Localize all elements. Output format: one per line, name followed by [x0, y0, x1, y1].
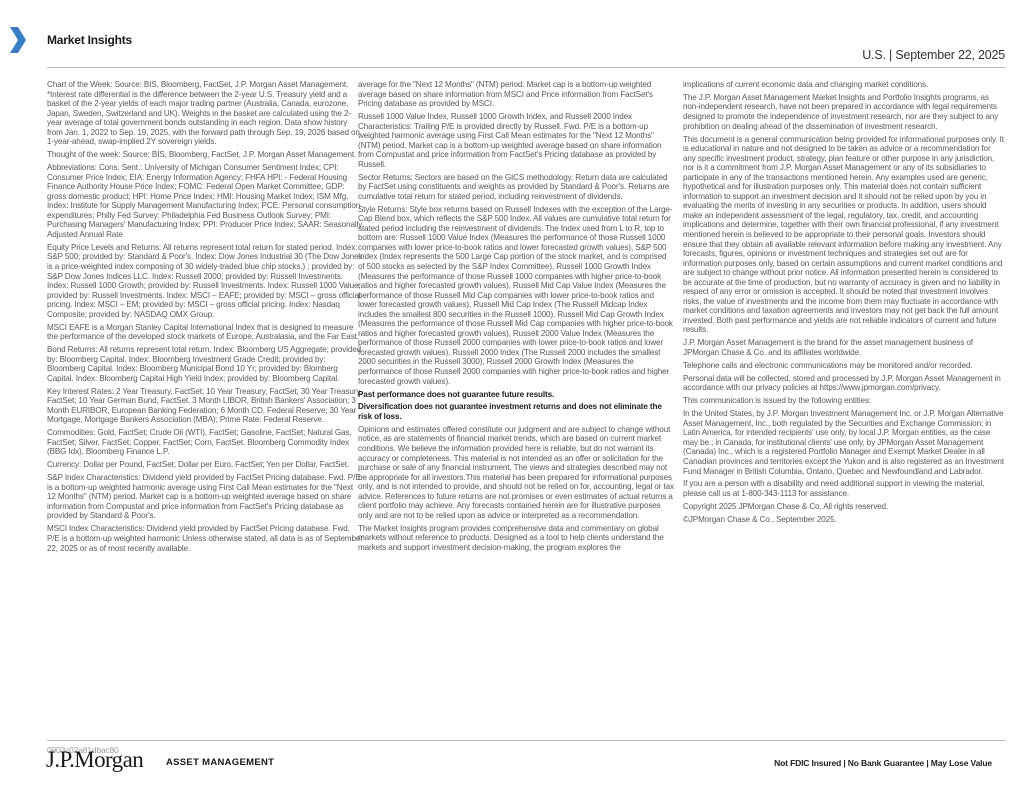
- header-divider: [47, 67, 1005, 68]
- paragraph-general-communication: This document is a general communication…: [683, 135, 1005, 335]
- chevron-right-icon: [8, 27, 26, 53]
- paragraph-copyright-date: ©JPMorgan Chase & Co., September 2025.: [683, 515, 1005, 525]
- fdic-disclaimer: Not FDIC Insured | No Bank Guarantee | M…: [774, 758, 992, 768]
- paragraph-chart-of-week: Chart of the Week: Source: BIS, Bloomber…: [47, 80, 363, 147]
- paragraph-bond-returns: Bond Returns: All returns represent tota…: [47, 345, 363, 383]
- paragraph-market-insights-program: The Market Insights program provides com…: [358, 524, 674, 553]
- logo-subtitle: ASSET MANAGEMENT: [166, 757, 274, 768]
- paragraph-msci-continued: average for the "Next 12 Months" (NTM) p…: [358, 80, 674, 109]
- paragraph-telephone: Telephone calls and electronic communica…: [683, 361, 1005, 371]
- column-3: implications of current economic data an…: [683, 80, 1005, 528]
- disclosure-columns: Chart of the Week: Source: BIS, Bloomber…: [47, 80, 1008, 738]
- paragraph-opinions: Opinions and estimates offered constitut…: [358, 425, 674, 520]
- diversification-warning: Diversification does not guarantee inves…: [358, 402, 674, 421]
- paragraph-personal-data: Personal data will be collected, stored …: [683, 374, 1005, 393]
- past-performance-warning: Past performance does not guarantee futu…: [358, 390, 674, 400]
- paragraph-program-continued: implications of current economic data an…: [683, 80, 1005, 90]
- paragraph-abbreviations: Abbreviations: Cons. Sent.: University o…: [47, 163, 363, 239]
- paragraph-copyright: Copyright 2025 JPMorgan Chase & Co. All …: [683, 502, 1005, 512]
- paragraph-accessibility: If you are a person with a disability an…: [683, 479, 1005, 498]
- jpmorgan-logo: J.P.Morgan: [46, 747, 143, 773]
- paragraph-thought-of-week: Thought of the week: Source: BIS, Bloomb…: [47, 150, 363, 160]
- column-2: average for the "Next 12 Months" (NTM) p…: [358, 80, 674, 556]
- paragraph-key-rates: Key Interest Rates: 2 Year Treasury, Fac…: [47, 387, 363, 425]
- page-title: Market Insights: [47, 33, 132, 47]
- paragraph-sp-characteristics: S&P Index Characteristics: Dividend yiel…: [47, 473, 363, 521]
- region-date-label: U.S. | September 22, 2025: [862, 48, 1005, 62]
- paragraph-style-returns: Style Returns: Style box returns based o…: [358, 205, 674, 386]
- paragraph-equity-returns: Equity Price Levels and Returns: All ret…: [47, 243, 363, 319]
- paragraph-msci-eafe: MSCI EAFE is a Morgan Stanley Capital In…: [47, 323, 363, 342]
- paragraph-commodities: Commodities: Gold, FactSet; Crude Oil (W…: [47, 428, 363, 457]
- paragraph-issuing-entities: This communication is issued by the foll…: [683, 396, 1005, 406]
- paragraph-brand: J.P. Morgan Asset Management is the bran…: [683, 338, 1005, 357]
- paragraph-us-entities: In the United States, by J.P. Morgan Inv…: [683, 409, 1005, 476]
- paragraph-russell-characteristics: Russell 1000 Value Index, Russell 1000 G…: [358, 112, 674, 169]
- footer-divider: [47, 740, 1005, 741]
- paragraph-msci-characteristics: MSCI Index Characteristics: Dividend yie…: [47, 524, 363, 553]
- column-1: Chart of the Week: Source: BIS, Bloomber…: [47, 80, 363, 556]
- paragraph-sector-returns: Sector Returns: Sectors are based on the…: [358, 173, 674, 202]
- paragraph-currency: Currency: Dollar per Pound, FactSet; Dol…: [47, 460, 363, 470]
- paragraph-non-independent-research: The J.P. Morgan Asset Management Market …: [683, 93, 1005, 131]
